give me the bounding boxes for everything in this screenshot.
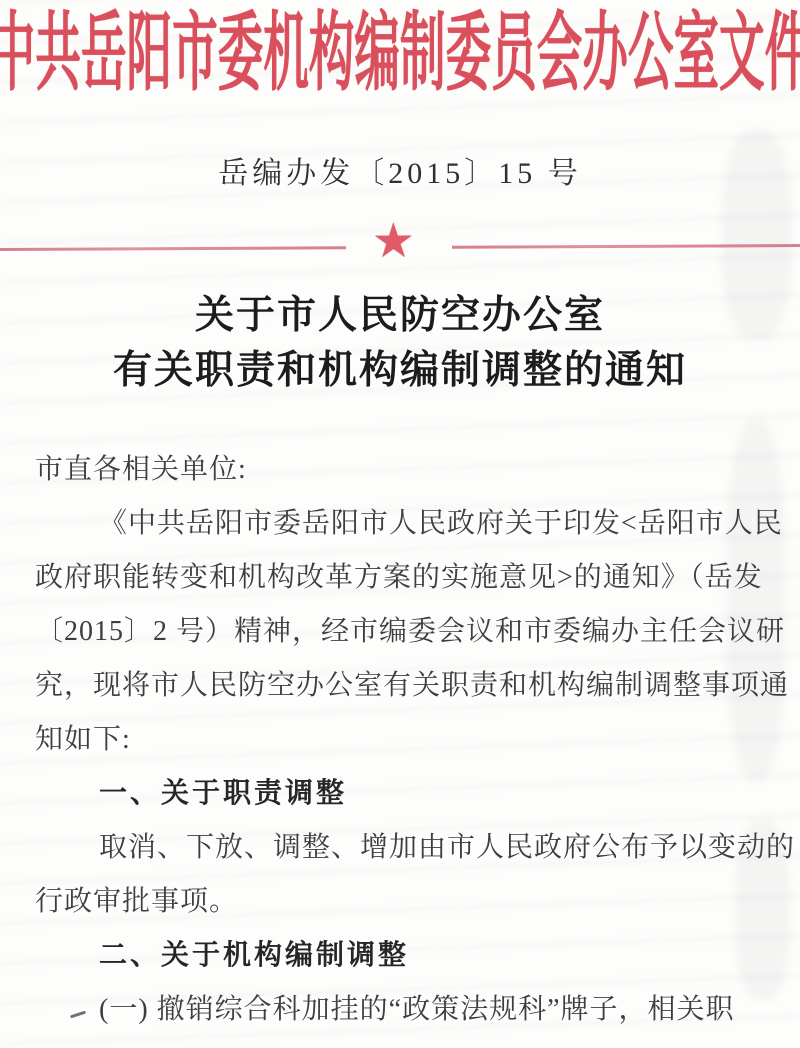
section-heading-2: 二、关于机构编制调整 — [35, 929, 765, 983]
document-number: 岳编办发〔2015〕15 号 — [0, 148, 800, 192]
document-title: 关于市人民防空办公室 有关职责和机构编制调整的通知 — [0, 288, 800, 398]
document-body: 市直各相关单位: 《中共岳阳市委岳阳市人民政府关于印发<岳阳市人民 政府职能转变… — [35, 443, 765, 1037]
document-title-line1: 关于市人民防空办公室 — [0, 288, 800, 343]
body-line: 取消、下放、调整、增加由市人民政府公布予以变动的 — [35, 821, 765, 875]
document-title-line2: 有关职责和机构编制调整的通知 — [0, 343, 800, 398]
body-line: 《中共岳阳市委岳阳市人民政府关于印发<岳阳市人民 — [35, 497, 765, 551]
divider-line-left — [0, 246, 346, 251]
body-line: (一) 撤销综合科加挂的“政策法规科”牌子，相关职 — [35, 983, 765, 1037]
red-divider: ★ — [0, 230, 800, 268]
body-line: 究，现将市人民防空办公室有关职责和机构编制调整事项通 — [35, 659, 765, 713]
star-icon: ★ — [372, 218, 415, 266]
salutation-line: 市直各相关单位: — [35, 443, 765, 497]
body-line: 政府职能转变和机构改革方案的实施意见>的通知》（岳发 — [35, 551, 765, 605]
body-line: 〔2015〕2 号）精神，经市编委会议和市委编办主任会议研 — [35, 605, 765, 659]
body-line: 知如下: — [35, 713, 765, 767]
section-heading-1: 一、关于职责调整 — [35, 767, 765, 821]
document-page: 中共岳阳市委机构编制委员会办公室文件 岳编办发〔2015〕15 号 ★ 关于市人… — [0, 0, 800, 1048]
divider-line-right — [452, 244, 800, 249]
body-line: 行政审批事项。 — [35, 875, 765, 929]
red-header-banner: 中共岳阳市委机构编制委员会办公室文件 — [0, 2, 800, 104]
issuing-organization-title: 中共岳阳市委机构编制委员会办公室文件 — [0, 10, 800, 96]
